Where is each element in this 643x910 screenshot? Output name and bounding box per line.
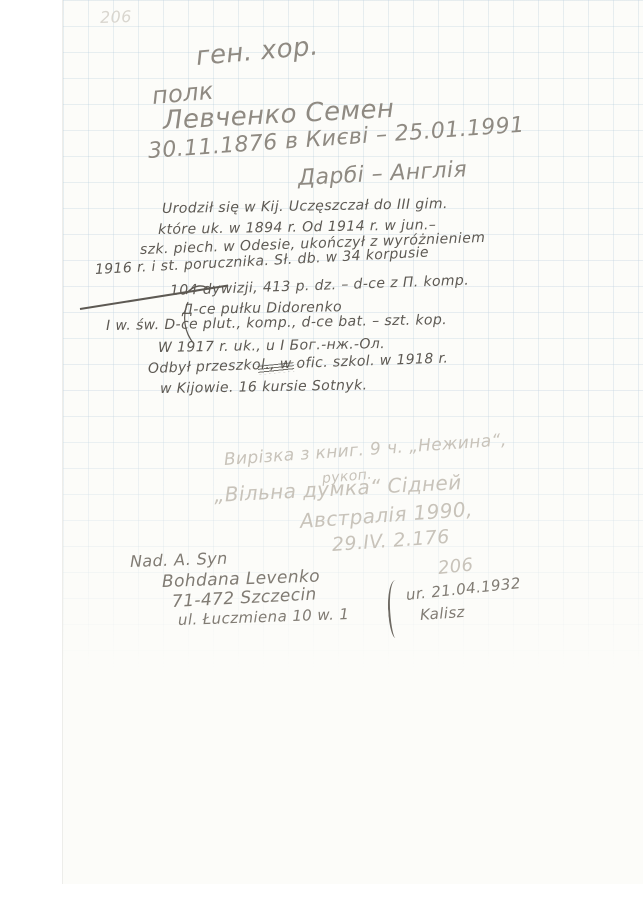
page-number: 206 — [100, 7, 132, 27]
sender-line: Nad. A. Syn — [130, 549, 228, 571]
citation-line: 206 — [437, 554, 475, 579]
document-page: 206 ген. хор. полк Левченко Семен 30.11.… — [0, 0, 643, 910]
birth-note-line: Kalisz — [419, 603, 465, 624]
pen-stroke-flourish — [180, 280, 220, 350]
